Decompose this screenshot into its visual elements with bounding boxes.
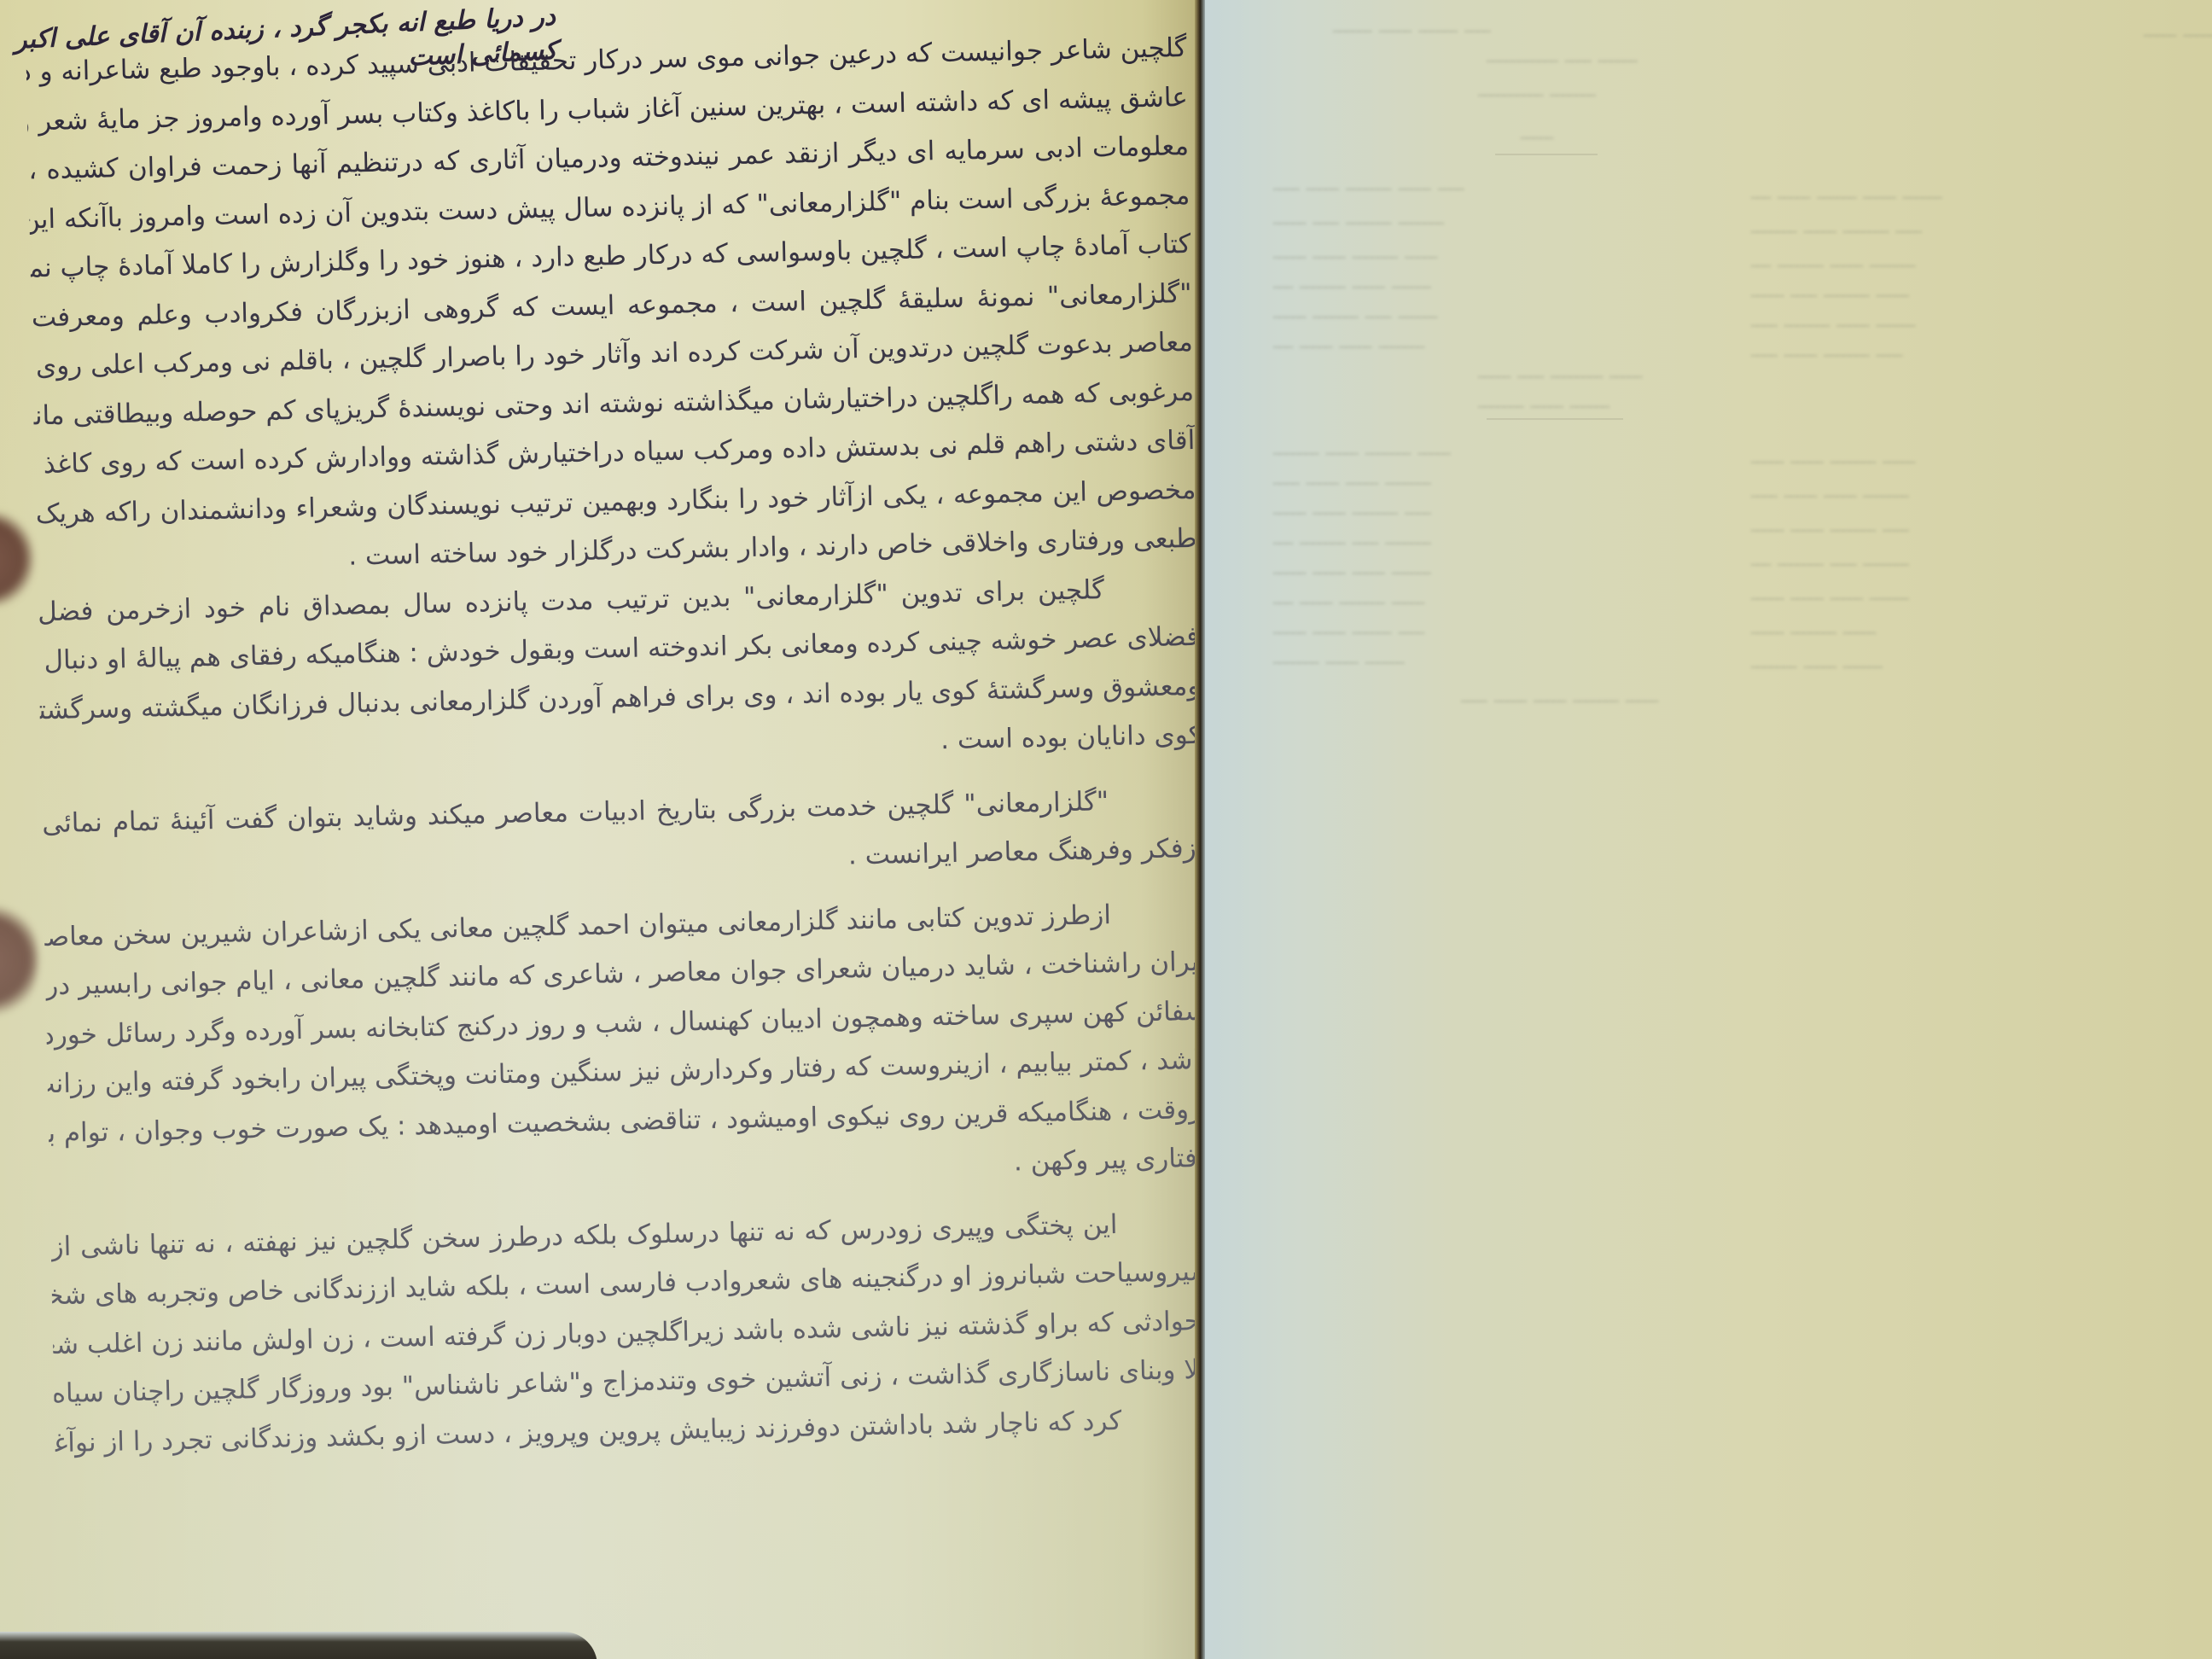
bleed-through-text: ـــــ ـــــــ ـــــ bbox=[1751, 614, 1876, 640]
body-text: گلچین شاعر جوانیست که درعین جوانی موی سر… bbox=[26, 24, 1216, 1468]
bleed-through-text: ــــــ ـــــ ـــــــ ـــ bbox=[1273, 269, 1431, 294]
bleed-through-text: ـــــــ ـــــ ـــــ ــــ bbox=[1273, 465, 1431, 491]
bleed-through-text: ـــــــــ ـــــــ ـــــ bbox=[2144, 17, 2212, 43]
bleed-through-rule bbox=[1495, 154, 1598, 155]
bleed-through-text: ــــــ ـــــ ـــــــ bbox=[1478, 388, 1610, 414]
bleed-through-text: ـــــــ ـــــ ـــــ ــــ bbox=[1751, 478, 1909, 504]
bleed-through-text: ـــــــ ـــــ ـــــ ـــ bbox=[1273, 329, 1424, 354]
bleed-through-text: ــــ ـــــــ ـــــ ـــــ bbox=[1751, 512, 1909, 538]
bleed-through-text: ــــ ـــــــ ـــــ ــــ bbox=[1751, 337, 1902, 363]
bleed-through-text: ـــــــ ـــــــ ــــ ـــــ bbox=[1273, 205, 1444, 230]
thumb-top bbox=[0, 512, 34, 606]
bleed-through-text: ـــــ ـــــــ ـــــ ـــــ ــــ bbox=[1461, 683, 1658, 708]
bleed-through-text: ـــــ ـــــــ ـــــ ـــــ bbox=[1751, 444, 1915, 469]
bleed-through-text: ــــــ ـــــ ـــــ ـــــ bbox=[1751, 580, 1909, 606]
bleed-through-text: ــــ ـــــ ـــــــ ـــــ ــــ bbox=[1273, 171, 1464, 196]
bleed-through-text: ـــــــ ــــــــــ bbox=[1478, 77, 1596, 102]
left-page: در دریا طبع انه بکجر گرد ، زبنده آن آقای… bbox=[0, 0, 1202, 1659]
bleed-through-text: ــــــ ـــــ ـــــ ـــــ bbox=[1273, 555, 1431, 580]
bleed-through-text: ـــــــ ـــــ ـــــــ ـــ bbox=[1751, 247, 1915, 273]
bleed-through-text: ـــــــ ــــ ـــــــ ـــ bbox=[1273, 525, 1431, 550]
bleed-through-text: ـــــ bbox=[1521, 119, 1553, 145]
bleed-through-text: ــــ ـــــــ ـــــ ـــــ bbox=[1273, 495, 1431, 521]
bleed-through-text: ــــ ـــــــ ـــــ ـــــــ bbox=[1751, 213, 1922, 239]
bleed-through-text: ـــــــ ــــ ـــــــ ـــ bbox=[1751, 546, 1909, 572]
bleed-through-text: ــــــ ــــ ـــــــــــ bbox=[1487, 43, 1638, 68]
bleed-through-text: ــــــ ـــــ ـــــــ bbox=[1751, 649, 1883, 674]
book-photo: در دریا طبع انه بکجر گرد ، زبنده آن آقای… bbox=[0, 0, 2212, 1659]
thumb-bottom bbox=[0, 905, 38, 1016]
bleed-through-text: ــــــ ـــــ ــــــ ـــــ ـــ bbox=[1751, 179, 1942, 205]
bleed-through-text: ــــ ــــــ ـــــ ــــــ bbox=[1333, 13, 1491, 38]
bleed-through-text: ـــــ ــــــــ ــــ ـــــ bbox=[1478, 358, 1642, 384]
bleed-through-text: ــــــ ــــ ـــــــ ـــــ bbox=[1273, 299, 1437, 324]
bleed-through-text: ــــــ ـــــ ـــــــ bbox=[1273, 644, 1405, 670]
bleed-through-text: ــــــ ـــــ ـــــــ ــــ bbox=[1751, 307, 1915, 333]
bleed-through-text: ـــــ ـــــــ ـــــ ـــــــ bbox=[1273, 435, 1451, 461]
bleed-through-text: ـــــ ـــــــ ــــ ـــــ bbox=[1751, 277, 1909, 303]
bleed-through-text: ـــــ ـــــــ ـــــ ـــ bbox=[1273, 585, 1424, 610]
bleed-through-text: ــــ ــــــ ـــــ ـــــ bbox=[1273, 614, 1424, 640]
bleed-through-text: ـــــ ـــــــ ـــــ ـــــ bbox=[1273, 239, 1437, 265]
book-spine bbox=[1195, 0, 1205, 1659]
bleed-through-rule bbox=[1487, 418, 1623, 420]
book-cover-edge bbox=[0, 1632, 597, 1659]
right-page: ـــــــــ ـــــــ ـــــ ــــ ــــــ ــــ… bbox=[1205, 0, 2212, 1659]
